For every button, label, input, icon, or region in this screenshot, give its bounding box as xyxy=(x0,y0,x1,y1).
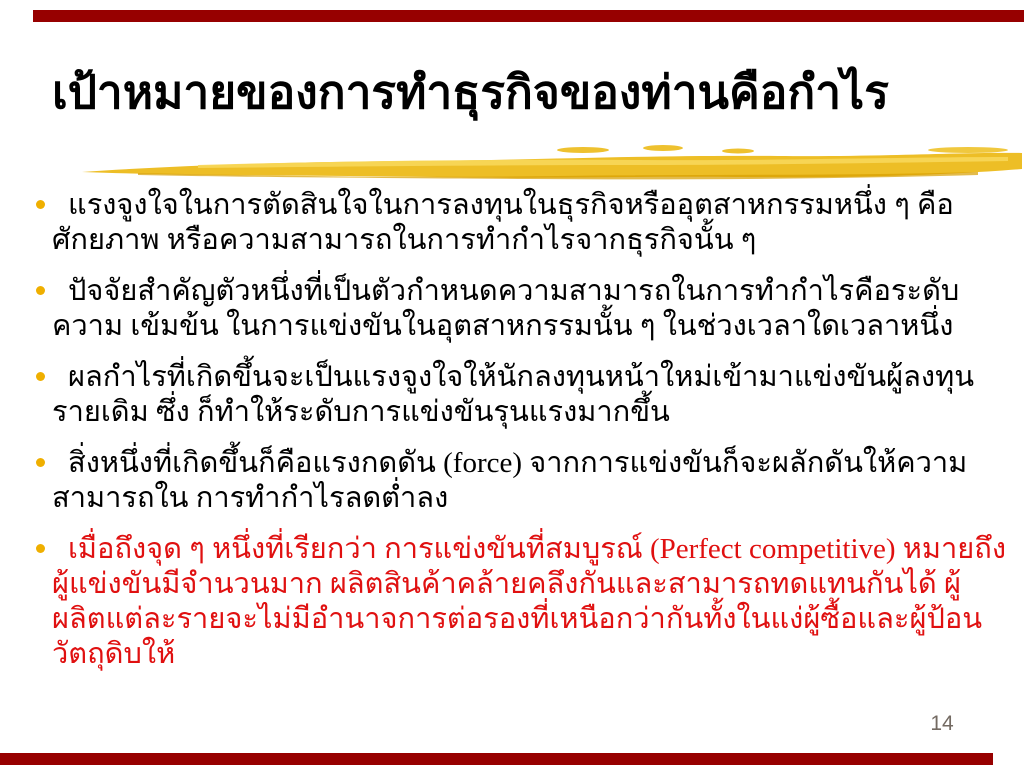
page-number: 14 xyxy=(918,712,966,736)
bullet-item-1: แรงจูงใจในการตัดสินใจในการลงทุนในธุรกิจห… xyxy=(30,188,1008,258)
bottom-accent-bar xyxy=(0,753,993,765)
bullet-item-3: ผลกำไรที่เกิดขึ้นจะเป็นแรงจูงใจให้นักลงท… xyxy=(30,360,1008,430)
bullet-text: ผลกำไรที่เกิดขึ้นจะเป็นแรงจูงใจให้นักลงท… xyxy=(52,361,974,428)
top-accent-bar xyxy=(33,10,1024,22)
bullet-dot-icon xyxy=(36,200,45,209)
bullet-text: เมื่อถึงจุด ๆ หนึ่งที่เรียกว่า การแข่งขั… xyxy=(52,533,1006,670)
bullet-dot-icon xyxy=(36,458,45,467)
slide-canvas: เป้าหมายของการทำธุรกิจของท่านคือกำไร แรง… xyxy=(0,0,1024,768)
bullet-text: แรงจูงใจในการตัดสินใจในการลงทุนในธุรกิจห… xyxy=(52,189,954,256)
bullet-item-4: สิ่งหนึ่งที่เกิดขึ้นก็คือแรงกดดัน (force… xyxy=(30,446,1008,516)
bullet-dot-icon xyxy=(36,544,45,553)
bullet-dot-icon xyxy=(36,286,45,295)
bullet-item-5: เมื่อถึงจุด ๆ หนึ่งที่เรียกว่า การแข่งขั… xyxy=(30,532,1008,672)
bullet-text: สิ่งหนึ่งที่เกิดขึ้นก็คือแรงกดดัน (force… xyxy=(52,447,967,514)
bullet-item-2: ปัจจัยสำคัญตัวหนึ่งที่เป็นตัวกำหนดความสา… xyxy=(30,274,1008,344)
brush-stroke-underline xyxy=(78,144,1024,188)
slide-title: เป้าหมายของการทำธุรกิจของท่านคือกำไร xyxy=(52,64,992,122)
bullet-list: แรงจูงใจในการตัดสินใจในการลงทุนในธุรกิจห… xyxy=(30,188,1008,688)
bullet-dot-icon xyxy=(36,372,45,381)
bullet-text: ปัจจัยสำคัญตัวหนึ่งที่เป็นตัวกำหนดความสา… xyxy=(52,275,959,342)
